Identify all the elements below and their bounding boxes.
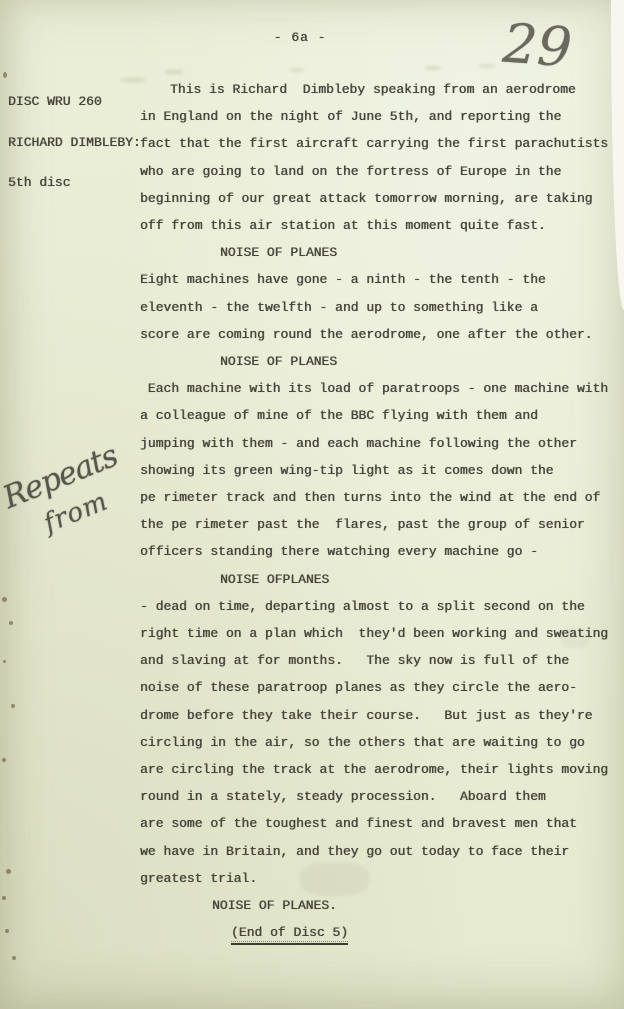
transcript-line: who are going to land on the fortress of… xyxy=(140,158,622,185)
margin-header-speaker: RICHARD DIMBLEBY: xyxy=(8,136,141,150)
transcript-line: officers standing there watching every m… xyxy=(140,538,622,565)
transcript-line: drome before they take their course. But… xyxy=(140,702,622,729)
transcript-line: circling in the air, so the others that … xyxy=(140,729,622,756)
transcript-line: noise of these paratroop planes as they … xyxy=(140,674,622,701)
scanned-document-page: - 6a - 29 DISC WRU 260 RICHARD DIMBLEBY:… xyxy=(0,0,624,1009)
margin-header-disc: DISC WRU 260 xyxy=(8,95,141,109)
transcript-line: Eight machines have gone - a ninth - the… xyxy=(140,266,622,293)
transcript-line: fact that the first aircraft carrying th… xyxy=(140,130,622,157)
transcript-line: and slaving at for months. The sky now i… xyxy=(140,647,622,674)
handwritten-page-number: 29 xyxy=(501,12,574,80)
ink-smudge xyxy=(425,66,441,70)
transcript-line: round in a stately, steady procession. A… xyxy=(140,783,622,810)
transcript: This is Richard Dimbleby speaking from a… xyxy=(140,76,622,947)
transcript-line: a colleague of mine of the BBC flying wi… xyxy=(140,402,622,429)
transcript-line: showing its green wing-tip light as it c… xyxy=(140,457,622,484)
transcript-line: we have in Britain, and they go out toda… xyxy=(140,838,622,865)
stain-mark xyxy=(560,628,590,648)
paper-speck xyxy=(2,896,6,900)
transcript-line: are circling the track at the aerodrome,… xyxy=(140,756,622,783)
transcript-line: - dead on time, departing almost to a sp… xyxy=(140,593,622,620)
transcript-line: greatest trial. xyxy=(140,865,622,892)
transcript-line: pe rimeter track and then turns into the… xyxy=(140,484,622,511)
paper-speck xyxy=(12,956,16,960)
sound-cue-line: NOISE OFPLANES xyxy=(140,566,622,593)
sound-cue-line: NOISE OF PLANES xyxy=(140,239,622,266)
end-of-disc-line: (End of Disc 5) xyxy=(140,919,622,946)
transcript-line: This is Richard Dimbleby speaking from a… xyxy=(140,76,622,103)
transcript-line: in England on the night of June 5th, and… xyxy=(140,103,622,130)
transcript-line: eleventh - the twelfth - and up to somet… xyxy=(140,294,622,321)
transcript-line: are some of the toughest and finest and … xyxy=(140,810,622,837)
sound-cue-line: NOISE OF PLANES xyxy=(140,348,622,375)
transcript-line: right time on a plan which they'd been w… xyxy=(140,620,622,647)
paper-speck xyxy=(3,72,7,78)
ink-smudge xyxy=(165,70,183,74)
transcript-line: Each machine with its load of paratroops… xyxy=(140,375,622,402)
end-of-disc-underlined-text: (End of Disc 5) xyxy=(231,925,348,945)
ink-smudge xyxy=(120,78,146,82)
stain-mark xyxy=(300,862,370,896)
margin-header-disc-number: 5th disc xyxy=(8,176,141,190)
ink-smudge xyxy=(478,64,496,68)
paper-speck xyxy=(5,929,9,933)
paper-speck xyxy=(2,597,7,602)
paper-speck xyxy=(9,621,13,625)
paper-speck xyxy=(3,660,6,663)
margin-header: DISC WRU 260 RICHARD DIMBLEBY: 5th disc xyxy=(8,68,141,217)
transcript-line: beginning of our great attack tomorrow m… xyxy=(140,185,622,212)
transcript-line: the pe rimeter past the flares, past the… xyxy=(140,511,622,538)
paper-speck xyxy=(11,704,15,708)
ink-smudge xyxy=(290,68,304,72)
transcript-line: jumping with them - and each machine fol… xyxy=(140,430,622,457)
sound-cue-line: NOISE OF PLANES. xyxy=(140,892,622,919)
transcript-line: off from this air station at this moment… xyxy=(140,212,622,239)
paper-speck xyxy=(2,758,6,762)
paper-speck xyxy=(6,869,11,874)
transcript-line: score are coming round the aerodrome, on… xyxy=(140,321,622,348)
